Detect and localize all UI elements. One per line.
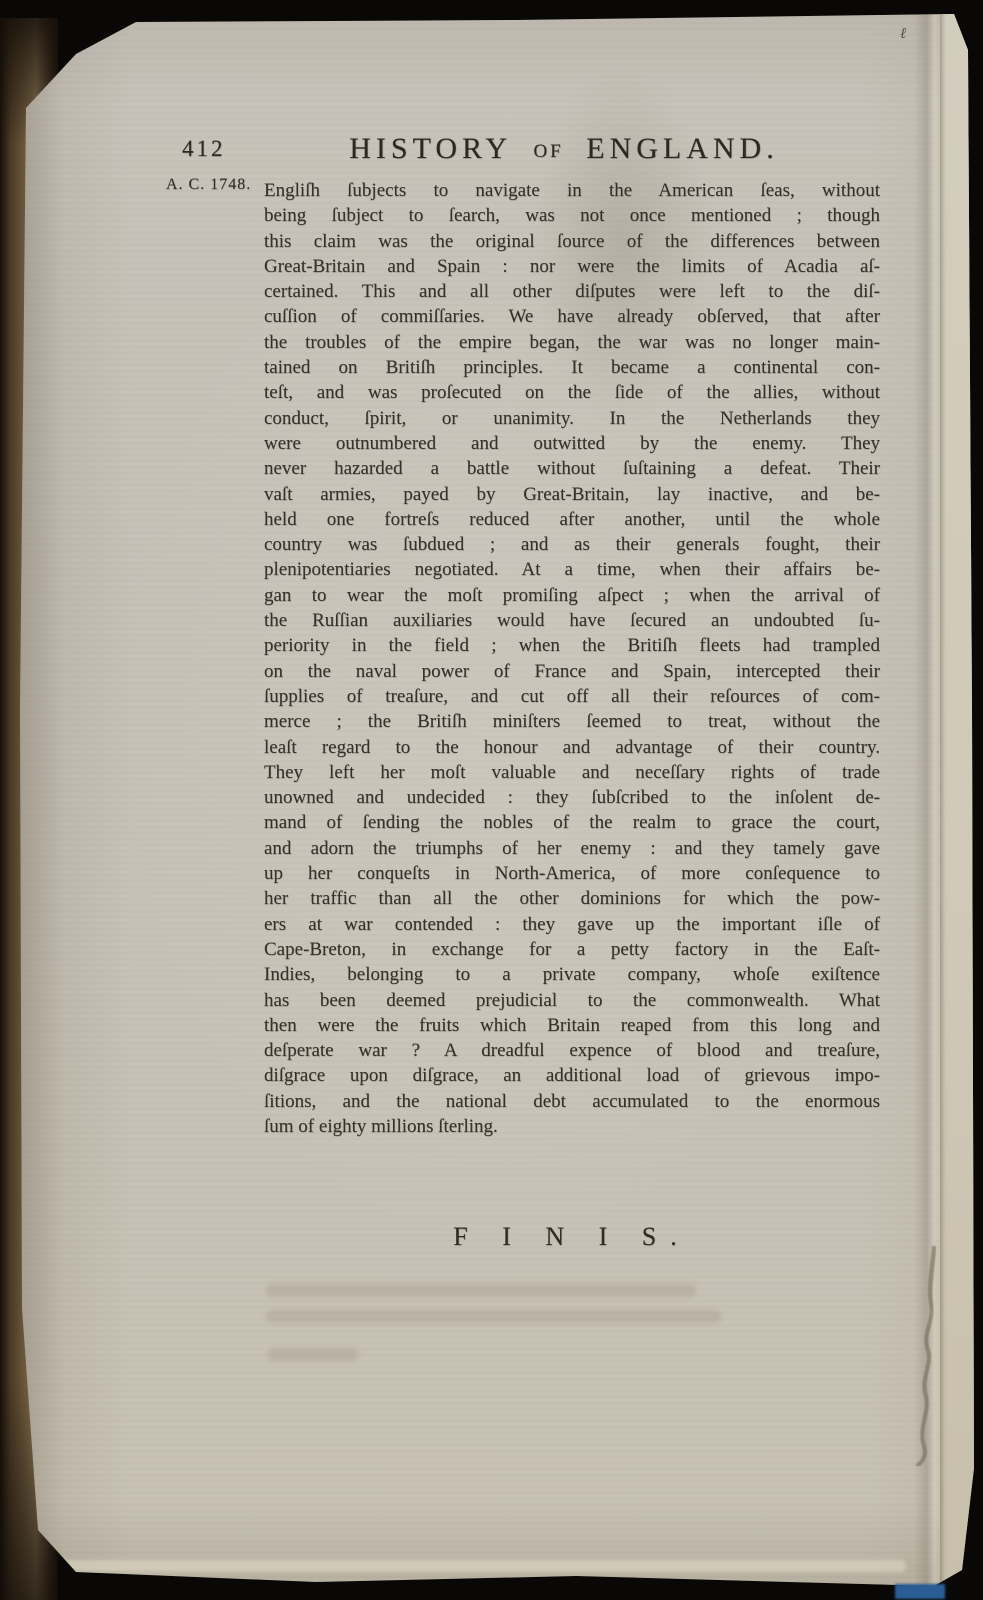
text-line: diſgrace upon diſgrace, an additional lo… bbox=[264, 1063, 880, 1088]
running-header: HISTORY OF ENGLAND. bbox=[314, 132, 814, 166]
text-line: the troubles of the empire began, the wa… bbox=[264, 330, 880, 355]
text-line: teſt, and was proſecuted on the ſide of … bbox=[264, 380, 880, 405]
text-line: cuſſion of commiſſaries. We have already… bbox=[264, 304, 880, 329]
text-line: tained on Britiſh principles. It became … bbox=[264, 355, 880, 380]
text-line: certained. This and all other diſputes w… bbox=[264, 279, 880, 304]
text-line: Indies, belonging to a private company, … bbox=[264, 962, 880, 987]
text-line: Engliſh ſubjects to navigate in the Amer… bbox=[264, 178, 880, 203]
text-line: held one fortreſs reduced after another,… bbox=[264, 507, 880, 532]
text-line: country was ſubdued ; and as their gener… bbox=[264, 532, 880, 557]
text-line: unowned and undecided : they ſubſcribed … bbox=[264, 785, 880, 810]
photo-of-book-page: { "page": { "number": "412", "header": {… bbox=[0, 0, 983, 1600]
page-number: 412 bbox=[182, 136, 226, 162]
text-line: Great-Britain and Spain : nor were the l… bbox=[264, 254, 880, 279]
text-line: then were the fruits which Britain reape… bbox=[264, 1013, 880, 1038]
text-line: up her conqueſts in North-America, of mo… bbox=[264, 861, 880, 886]
text-line: were outnumbered and outwitted by the en… bbox=[264, 431, 880, 456]
text-line: her traffic than all the other dominions… bbox=[264, 886, 880, 911]
running-header-word2: ENGLAND. bbox=[586, 132, 778, 165]
text-line: Cape-Breton, in exchange for a petty fac… bbox=[264, 937, 880, 962]
text-line: periority in the field ; when the Britiſ… bbox=[264, 633, 880, 658]
stray-ink-mark: ℓ bbox=[900, 26, 906, 43]
body-text: Engliſh ſubjects to navigate in the Amer… bbox=[264, 178, 880, 1139]
text-line: and adorn the triumphs of her enemy : an… bbox=[264, 836, 880, 861]
torn-edge-shadow bbox=[904, 1246, 948, 1466]
text-line: has been deemed prejudicial to the commo… bbox=[264, 988, 880, 1013]
text-line: gan to wear the moſt promiſing aſpect ; … bbox=[264, 583, 880, 608]
showthrough-line bbox=[268, 1348, 358, 1361]
book-page: 412 HISTORY OF ENGLAND. A. C. 1748. Engl… bbox=[16, 8, 978, 1596]
showthrough-line bbox=[266, 1284, 696, 1297]
running-header-of: OF bbox=[533, 141, 563, 162]
text-line: mand of ſending the nobles of the realm … bbox=[264, 810, 880, 835]
text-line: ſum of eighty millions ſterling. bbox=[264, 1114, 880, 1139]
text-line: vaſt armies, payed by Great-Britain, lay… bbox=[264, 482, 880, 507]
showthrough-line bbox=[266, 1310, 721, 1323]
text-line: on the naval power of France and Spain, … bbox=[264, 659, 880, 684]
text-line: merce ; the Britiſh miniſters ſeemed to … bbox=[264, 709, 880, 734]
text-line: conduct, ſpirit, or unanimity. In the Ne… bbox=[264, 406, 880, 431]
text-line: ſupplies of treaſure, and cut off all th… bbox=[264, 684, 880, 709]
text-line: plenipotentiaries negotiated. At a time,… bbox=[264, 557, 880, 582]
running-header-word1: HISTORY bbox=[349, 132, 511, 165]
text-line: They left her moſt valuable and neceſſar… bbox=[264, 760, 880, 785]
finis-label: F I N I S. bbox=[264, 1222, 880, 1252]
text-line: ſitions, and the national debt accumulat… bbox=[264, 1089, 880, 1114]
blue-corner-mark bbox=[895, 1584, 945, 1599]
text-line: ers at war contended : they gave up the … bbox=[264, 912, 880, 937]
text-line: the Ruſſian auxiliaries would have ſecur… bbox=[264, 608, 880, 633]
text-line: never hazarded a battle without ſuſtaini… bbox=[264, 456, 880, 481]
text-line: leaſt regard to the honour and advantage… bbox=[264, 735, 880, 760]
text-line: being ſubject to ſearch, was not once me… bbox=[264, 203, 880, 228]
text-line: deſperate war ? A dreadful expence of bl… bbox=[264, 1038, 880, 1063]
page-bottom-edge-highlight bbox=[46, 1560, 906, 1572]
text-line: this claim was the original ſource of th… bbox=[264, 229, 880, 254]
